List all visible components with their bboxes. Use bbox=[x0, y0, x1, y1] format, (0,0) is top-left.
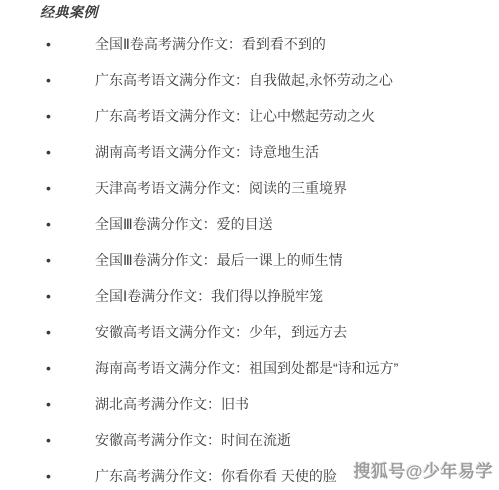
list-item-text: 全国Ⅱ卷高考满分作文：看到看不到的 bbox=[95, 36, 326, 52]
list-item-text: 全国Ⅲ卷满分作文：爱的目送 bbox=[95, 216, 273, 232]
bullet-icon: • bbox=[46, 72, 51, 88]
list-item-text: 安徽高考满分作文：时间在流逝 bbox=[95, 432, 291, 448]
bullet-icon: • bbox=[46, 180, 51, 196]
bullet-icon: • bbox=[46, 432, 51, 448]
bullet-icon: • bbox=[46, 396, 51, 412]
list-item-text: 湖北高考满分作文：旧书 bbox=[95, 396, 249, 412]
bullet-icon: • bbox=[46, 108, 51, 124]
document-page: 经典案例 • 全国Ⅱ卷高考满分作文：看到看不到的 • 广东高考语文满分作文：自我… bbox=[0, 0, 499, 490]
bullet-icon: • bbox=[46, 144, 51, 160]
list-item-text: 全国Ⅰ卷满分作文：我们得以挣脱牢笼 bbox=[95, 288, 323, 304]
bullet-icon: • bbox=[46, 324, 51, 340]
list-item-text: 全国Ⅲ卷满分作文：最后一课上的师生情 bbox=[95, 252, 343, 268]
bullet-icon: • bbox=[46, 288, 51, 304]
page-title: 经典案例 bbox=[40, 4, 98, 20]
list-item-text: 广东高考语文满分作文：自我做起,永怀劳动之心 bbox=[95, 72, 393, 88]
bullet-icon: • bbox=[46, 360, 51, 376]
bullet-icon: • bbox=[46, 252, 51, 268]
list-item-text: 湖南高考语文满分作文：诗意地生活 bbox=[95, 144, 319, 160]
watermark: 搜狐号@少年易学 bbox=[353, 463, 493, 481]
bullet-icon: • bbox=[46, 36, 51, 52]
list-item-text: 安徽高考语文满分作文：少年，到远方去 bbox=[95, 324, 347, 340]
list-item-text: 广东高考满分作文：你看你看 天使的脸 bbox=[95, 468, 337, 484]
list-item-text: 广东高考语文满分作文：让心中燃起劳动之火 bbox=[95, 108, 375, 124]
list-item-text: 天津高考语文满分作文：阅读的三重境界 bbox=[95, 180, 347, 196]
list-item-text: 海南高考语文满分作文：祖国到处都是“诗和远方” bbox=[95, 360, 398, 376]
bullet-icon: • bbox=[46, 216, 51, 232]
bullet-icon: • bbox=[46, 468, 51, 484]
